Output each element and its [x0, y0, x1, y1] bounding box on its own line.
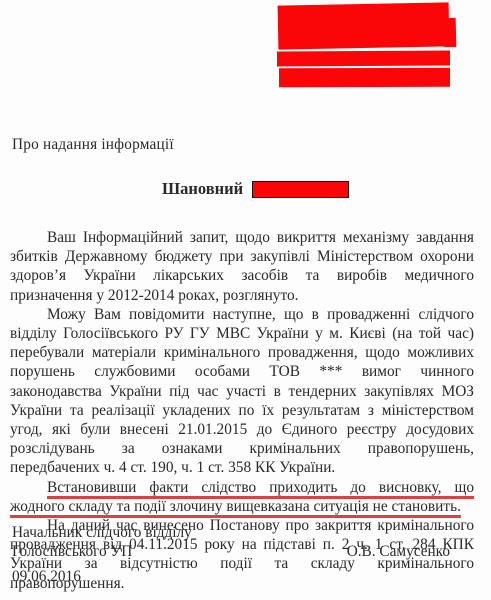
scanned-letter-page: Про надання інформації Шановний Ваш Інфо… [0, 0, 491, 600]
signature-block: Начальник слідчого відділу Голосіївськог… [12, 523, 450, 561]
signature-title-line1: Начальник слідчого відділу [12, 523, 450, 542]
redaction-block-addressee-name [252, 181, 349, 198]
redaction-block-address-1-edge [444, 18, 457, 47]
redaction-block-address-1 [278, 2, 450, 49]
subject-line: Про надання інформації [12, 136, 174, 154]
salutation-line: Шановний [162, 179, 349, 199]
salutation-word: Шановний [162, 179, 243, 199]
letter-date: 09.06.2016 [12, 568, 81, 586]
signature-title-line2: Голосіївського УП [12, 542, 132, 561]
signature-name: О.В. Самусенко [347, 542, 450, 561]
paragraph-request-summary: Ваш Інформаційний запит, щодо викриття м… [10, 228, 474, 305]
redaction-block-address-3 [279, 68, 450, 88]
redaction-block-address-2 [277, 51, 450, 67]
paragraph-conclusion: Встановивши факти слідство приходить до … [10, 478, 474, 516]
red-underlined-sentence: Встановивши факти слідство приходить до … [10, 479, 474, 515]
paragraph-case-details: Можу Вам повідомити наступне, що в прова… [10, 305, 474, 478]
